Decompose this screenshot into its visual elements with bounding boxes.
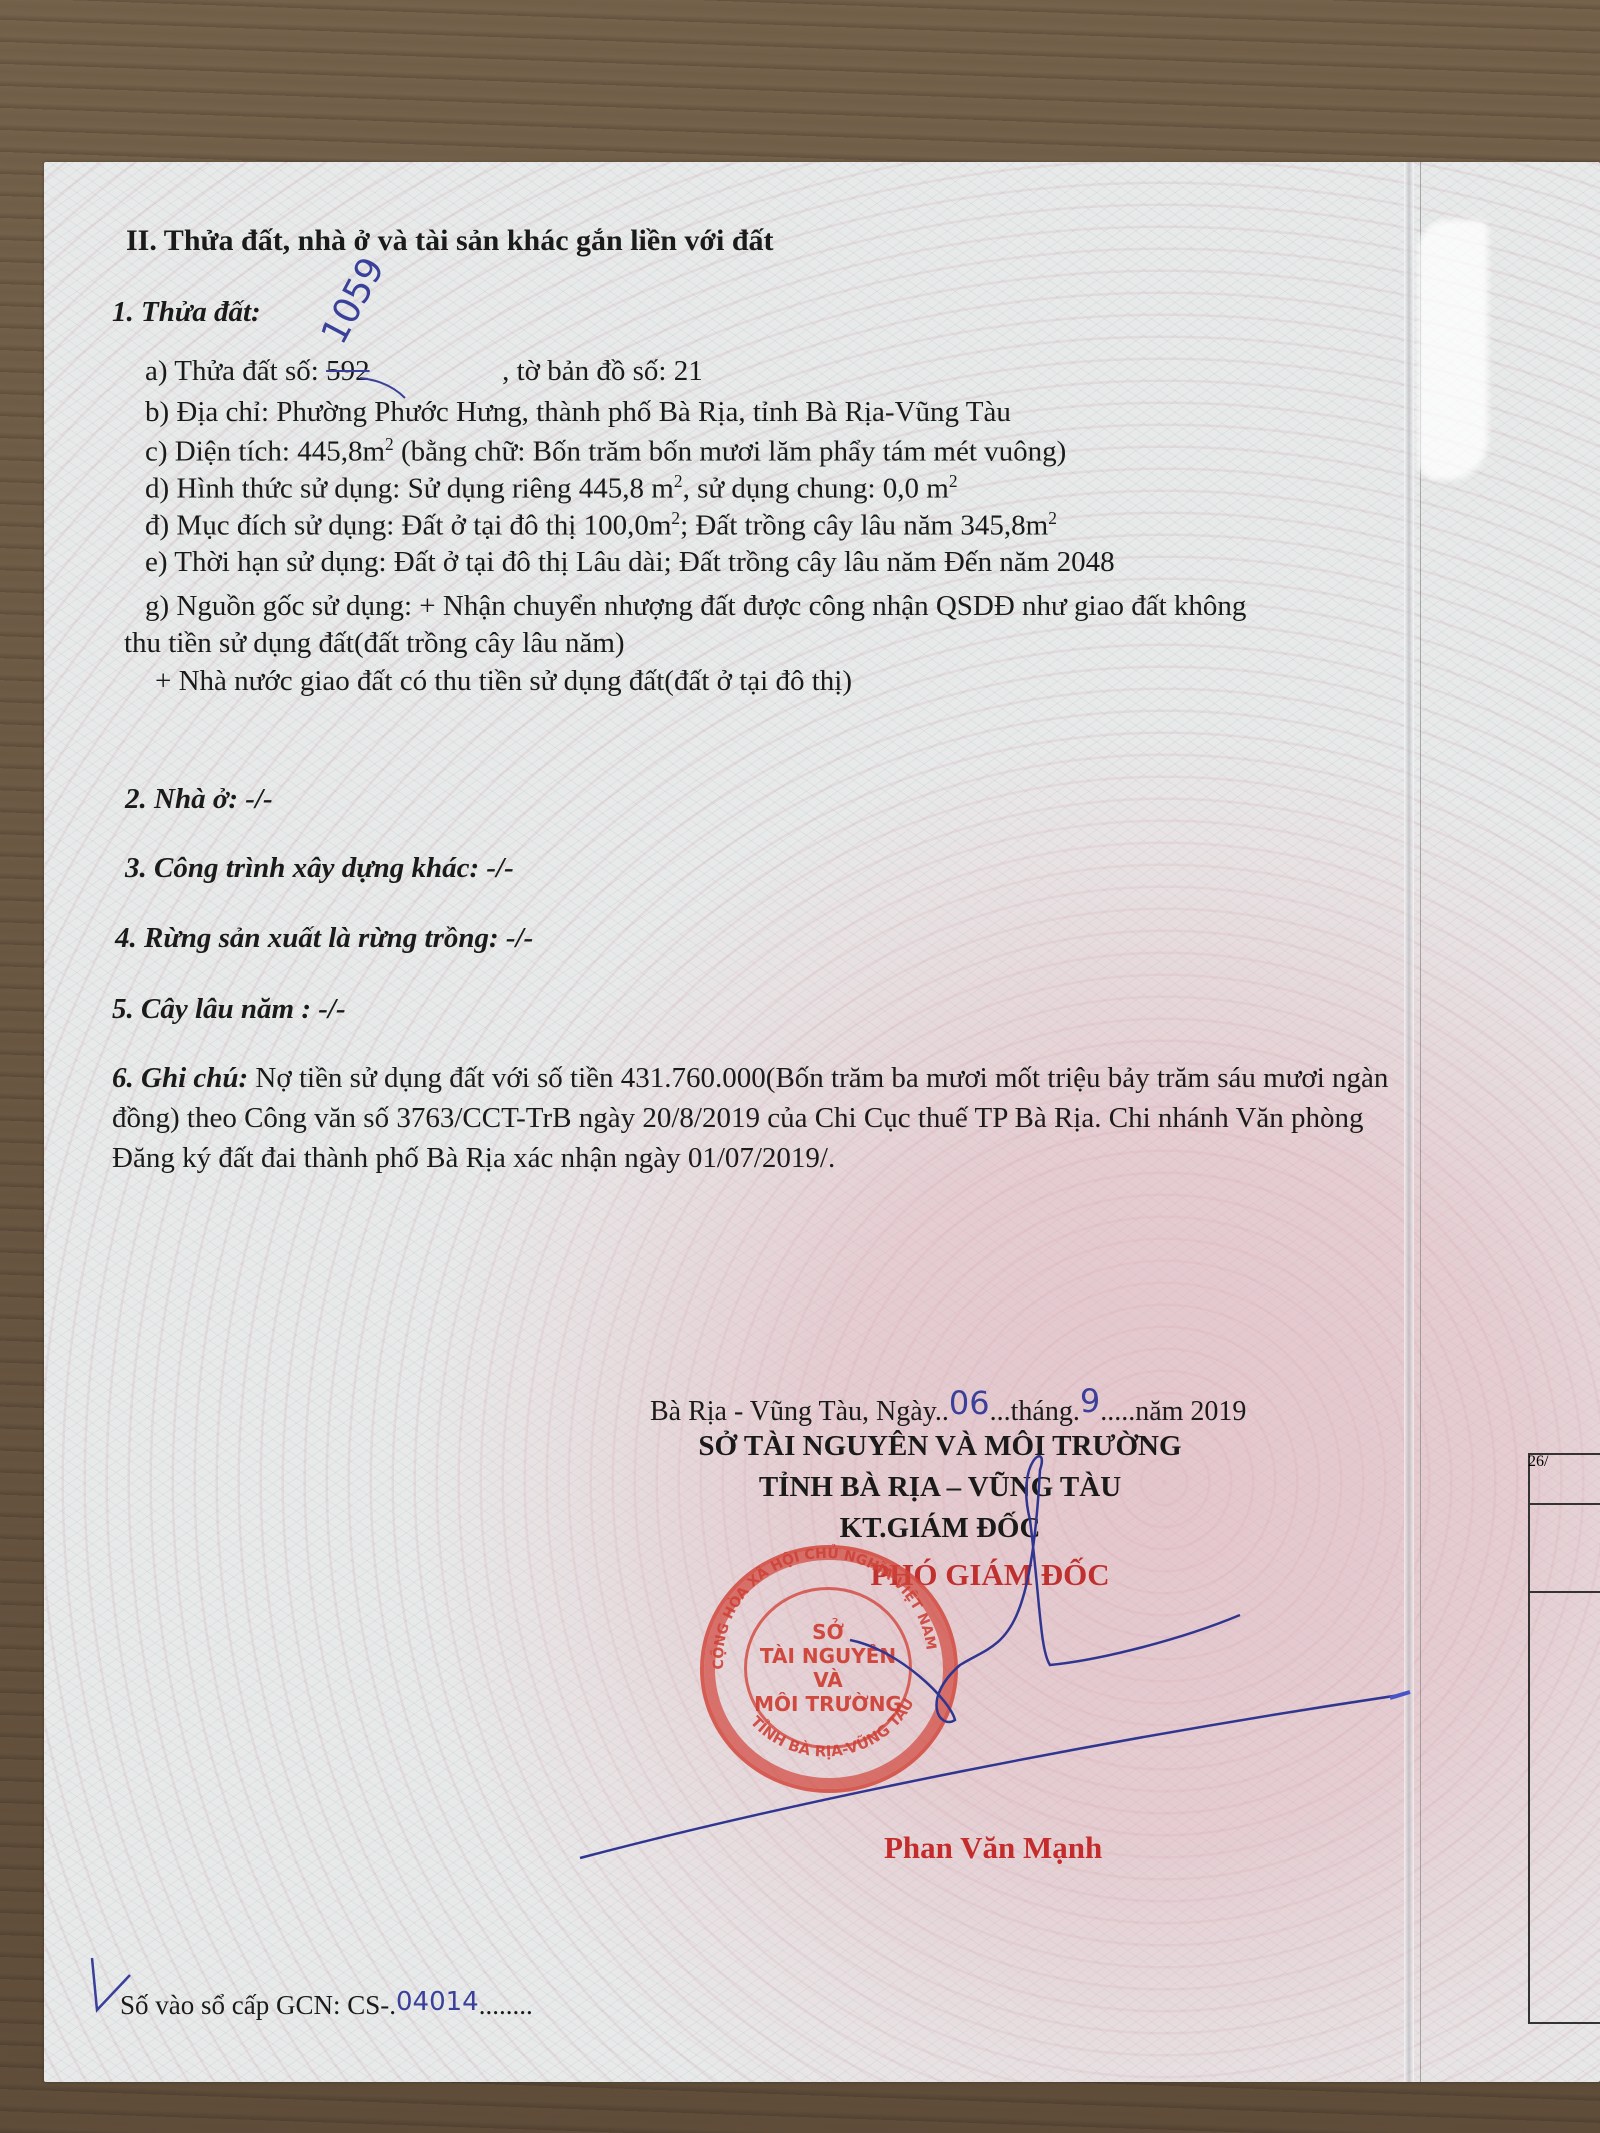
registry-dots: ........: [479, 1990, 533, 2020]
svg-text:TỈNH BÀ RỊA-VŨNG TÀU: TỈNH BÀ RỊA-VŨNG TÀU: [747, 1695, 918, 1761]
table-cell-date: 26/: [1528, 1453, 1548, 1471]
signer-name: Phan Văn Mạnh: [884, 1830, 1102, 1866]
stamp-ring-text: CỘNG HÒA XÃ HỘI CHỦ NGHĨA VIỆT NAM TỈNH …: [0, 0, 1600, 2133]
stamp-ring-bottom: TỈNH BÀ RỊA-VŨNG TÀU: [747, 1695, 918, 1761]
registry-number: 04014: [396, 1987, 479, 2017]
table-row: [1530, 1505, 1600, 1593]
registry-line: Số vào sổ cấp GCN: CS-.04014........: [120, 1990, 533, 2021]
svg-text:CỘNG HÒA XÃ HỘI CHỦ NGHĨA VIỆT: CỘNG HÒA XÃ HỘI CHỦ NGHĨA VIỆT NAM: [709, 1543, 939, 1670]
stamp-ring-top: CỘNG HÒA XÃ HỘI CHỦ NGHĨA VIỆT NAM: [709, 1543, 939, 1670]
adjacent-page-table: [1528, 1453, 1600, 2024]
registry-label: Số vào sổ cấp GCN: CS-: [120, 1990, 389, 2020]
